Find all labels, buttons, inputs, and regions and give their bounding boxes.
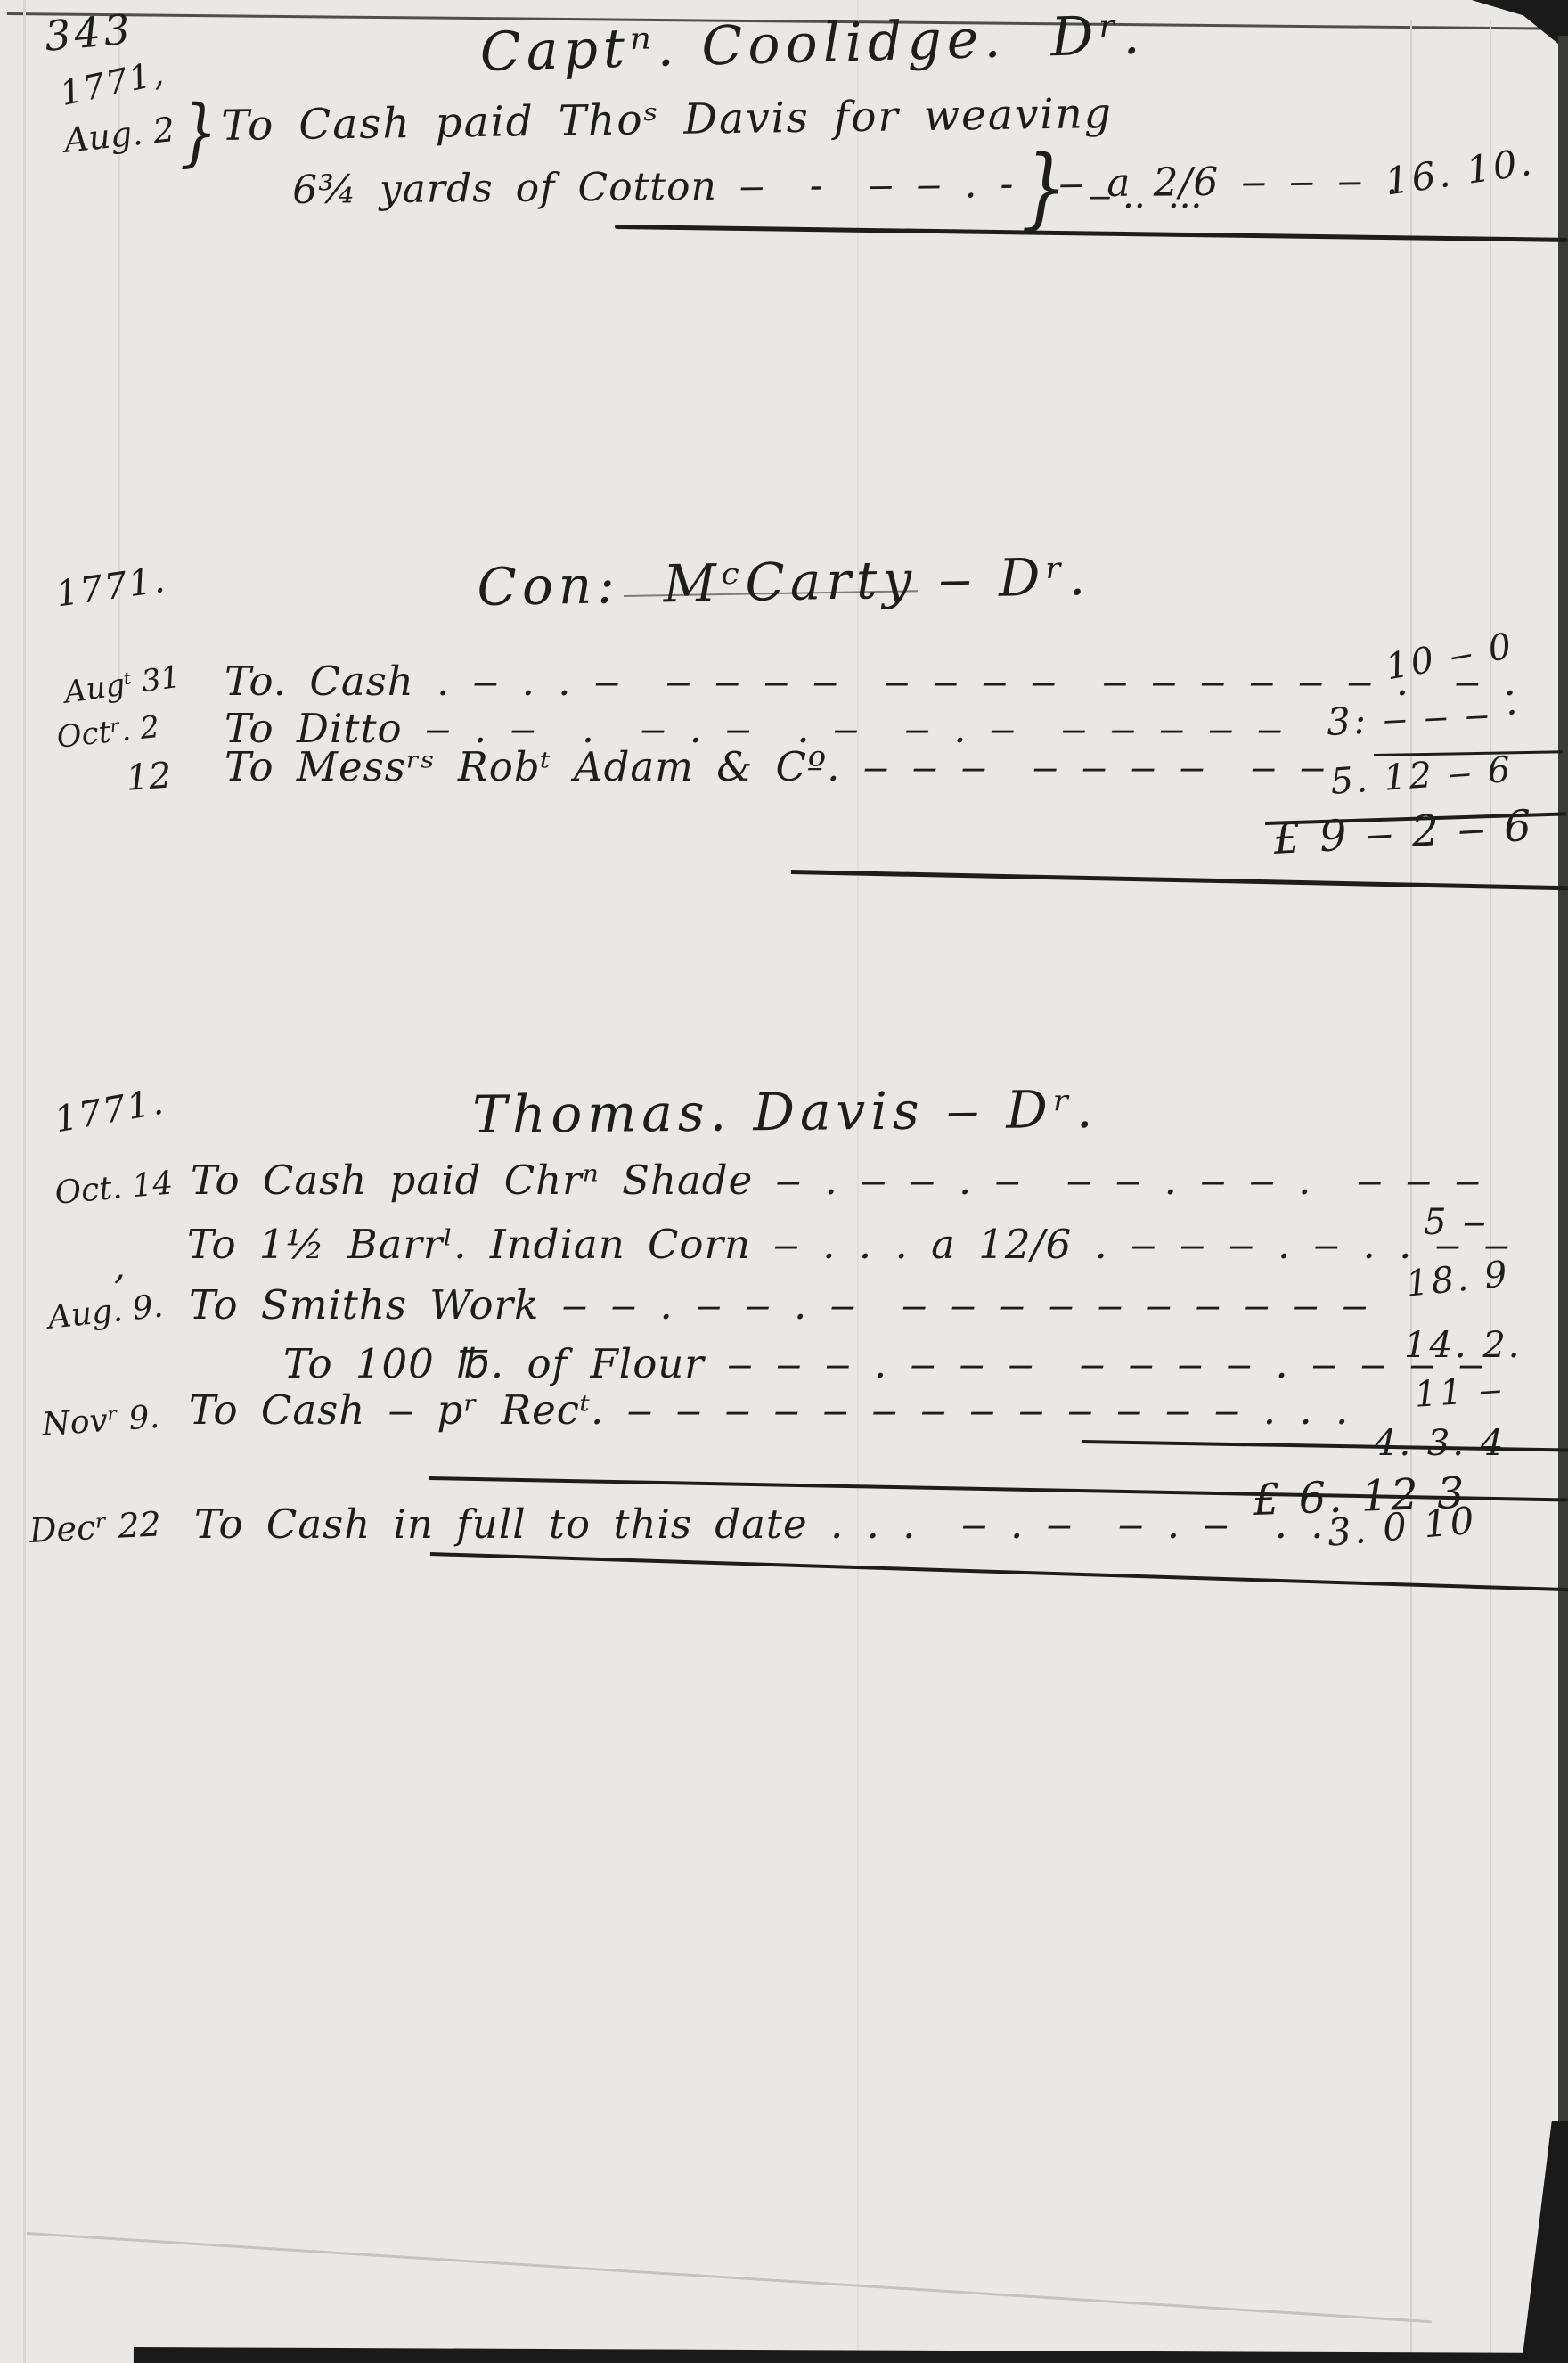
- entry-date: Novʳ 9.: [41, 1400, 160, 1443]
- entry-date: Octʳ. 2: [55, 711, 161, 755]
- entry-date: Aug. 9.: [46, 1288, 165, 1336]
- entry-brace: }: [1021, 141, 1067, 237]
- mccarty-sum-line-bottom: [791, 870, 1568, 890]
- entry-date: Decʳ 22: [29, 1506, 162, 1549]
- entry-amount: 4. 3. 4: [1374, 1424, 1506, 1463]
- entry-description: To 1½ Barrˡ. Indian Corn ‒ . . . a 12/6 …: [187, 1222, 1510, 1267]
- entry-date: 12: [125, 756, 173, 797]
- right-bottom-edge: [1522, 2121, 1568, 2363]
- mccarty-title: Con: MᶜCarty ‒ Dʳ.: [477, 549, 1091, 617]
- entry-amount: 3: ‒ ‒ ‒ ·: [1326, 692, 1522, 744]
- page-number: 343: [43, 6, 135, 59]
- coolidge-date: Aug. 2: [62, 111, 176, 160]
- entry-description: To Cash ‒ pʳ Recᵗ. ‒ ‒ ‒ ‒ ‒ ‒ ‒ ‒ ‒ ‒ ‒…: [189, 1388, 1349, 1433]
- davis-title: Thomas. Davis ‒ Dʳ.: [472, 1082, 1098, 1144]
- bottom-diagonal-crease: [27, 2232, 1432, 2323]
- entry-description: To 100 ℔. of Flour ‒ ‒ ‒ . ‒ ‒ ‒ ‒ ‒ ‒ ‒…: [283, 1342, 1484, 1386]
- entry-description: To Cash in full to this date . . . ‒ . ‒…: [194, 1502, 1325, 1547]
- money-column-rule-2: [1490, 20, 1491, 2354]
- entry-description: To Messʳˢ Robᵗ Adam & Cº. ‒ ‒ ‒ ‒ ‒ ‒ ‒ …: [225, 745, 1326, 789]
- mccarty-year: 1771.: [53, 560, 168, 615]
- left-edge-crease: [23, 0, 26, 2363]
- entry-description: To. Cash . ‒ . . ‒ ‒ ‒ ‒ ‒ ‒ ‒ ‒ ‒ ‒ ‒ ‒…: [225, 659, 1517, 704]
- coolidge-sum-line: [615, 225, 1568, 242]
- davis-year: 1771.: [52, 1082, 167, 1140]
- entry-amount: 16. 10.: [1383, 142, 1537, 203]
- ledger-page: 343 Captⁿ. Coolidge. Dʳ. 1771, Aug. 2 } …: [0, 0, 1568, 2363]
- entry-date: ,: [114, 1247, 126, 1287]
- entry-description: To Smiths Work ‒ ‒ . ‒ ‒ . ‒ ‒ ‒ ‒ ‒ ‒ ‒…: [189, 1283, 1368, 1328]
- entry-leader: ‒ .. ...: [1089, 176, 1202, 216]
- entry-amount: 11 ‒: [1413, 1370, 1506, 1415]
- entry-description: To Cash paid Thoˢ Davis for weaving: [221, 91, 1113, 150]
- coolidge-year: 1771,: [57, 54, 168, 113]
- entry-description: To Cash paid Chrⁿ Shade ‒ . ‒ ‒ . ‒ ‒ ‒ …: [191, 1158, 1482, 1203]
- bottom-edge-band: [134, 2347, 1568, 2363]
- entry-amount: 18. 9: [1404, 1255, 1512, 1304]
- coolidge-date-brace: }: [180, 93, 217, 174]
- entry-date: Augᵗ 31: [62, 661, 183, 710]
- mccarty-total: £ 9 ‒ 2 ‒ 6: [1272, 803, 1535, 863]
- entry-date: Oct. 14: [53, 1165, 175, 1211]
- davis-final-underline: [430, 1552, 1568, 1591]
- entry-amount: 5. 12 ‒ 6: [1329, 750, 1515, 802]
- right-edge-shadow: [1558, 36, 1568, 2174]
- entry-description-line2: 6¾ yards of Cotton ‒ - ‒ ‒ . - ‒ a 2/6 ‒…: [292, 159, 1399, 212]
